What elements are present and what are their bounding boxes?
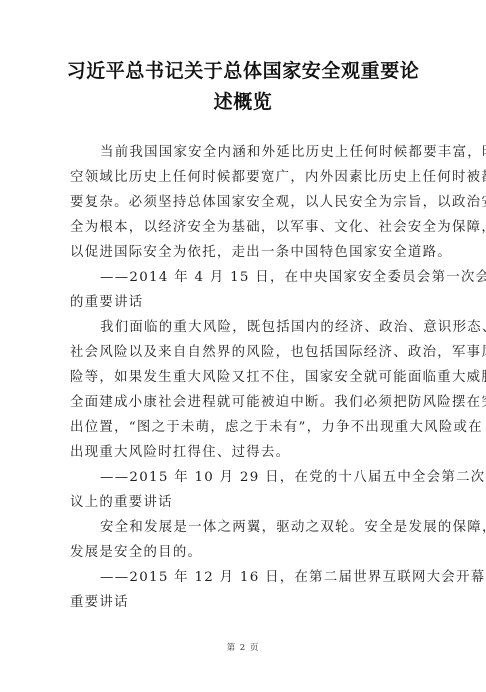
text-line: 以促进国际安全为依托，走出一条中国特色国家安全道路。 (70, 240, 420, 265)
text-line: 安全和发展是一体之两翼，驱动之双轮。安全是发展的保障， (70, 515, 420, 540)
citation-line: 重要讲话 (70, 590, 420, 615)
citation-line: ——2014 年 4 月 15 日，在中央国家安全委员会第一次会议上 (70, 265, 420, 290)
text-line: 当前我国国家安全内涵和外延比历史上任何时候都要丰富，时 (70, 140, 420, 165)
text-line: 社会风险以及来自自然界的风险，也包括国际经济、政治，军事风 (70, 340, 420, 365)
text-line: 全面建成小康社会进程就可能被迫中断。我们必须把防风险摆在突 (70, 390, 420, 415)
citation-line: ——2015 年 12 月 16 日，在第二届世界互联网大会开幕式上的 (70, 565, 420, 590)
text-line: 空领域比历史上任何时候都要宽广，内外因素比历史上任何时被都 (70, 165, 420, 190)
text-line: 我们面临的重大风险，既包括国内的经济、政治、意识形态、 (70, 315, 420, 340)
document-body: 当前我国国家安全内涵和外延比历史上任何时候都要丰富，时 空领域比历史上任何时候都… (70, 140, 420, 615)
title-line-2: 述概览 (60, 87, 426, 118)
document-page: 习近平总书记关于总体国家安全观重要论 述概览 当前我国国家安全内涵和外延比历史上… (0, 0, 486, 692)
text-line: 要复杂。必须坚持总体国家安全观，以人民安全为宗旨，以政治安 (70, 190, 420, 215)
page-number: 第 2 页 (0, 641, 486, 653)
text-line: 出现重大风险时扛得住、过得去。 (70, 440, 420, 465)
title-line-1: 习近平总书记关于总体国家安全观重要论 (60, 56, 426, 87)
text-line: 全为根本，以经济安全为基础，以军事、文化、社会安全为保障， (70, 215, 420, 240)
text-line: 出位置，“图之于未萌，虑之于未有”，力争不出现重大风险或在 (70, 415, 420, 440)
text-line: 发展是安全的目的。 (70, 540, 420, 565)
citation-line: ——2015 年 10 月 29 日，在党的十八届五中全会第二次全体会 (70, 465, 420, 490)
citation-line: 的重要讲话 (70, 290, 420, 315)
citation-line: 议上的重要讲话 (70, 490, 420, 515)
text-line: 险等，如果发生重大风险又扛不住，国家安全就可能面临重大威胁， (70, 365, 420, 390)
document-title: 习近平总书记关于总体国家安全观重要论 述概览 (60, 56, 426, 118)
